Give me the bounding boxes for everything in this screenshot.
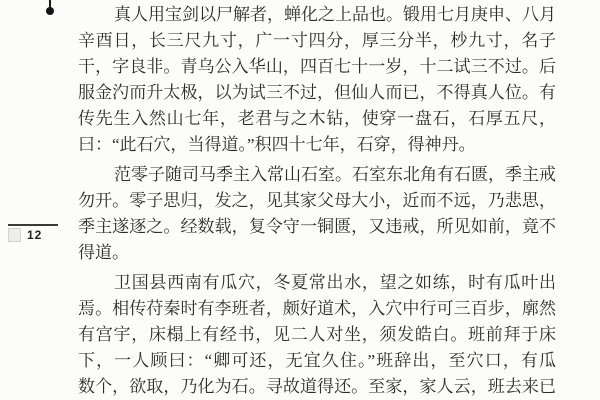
- text-line: 焉。相传苻秦时有李班者，颇好道术，入穴中行可三百步，廓然: [78, 296, 556, 322]
- text-line: 传先生入然山七年，老君与之木钻，使穿一盘石，石厚五尺，: [78, 106, 556, 132]
- folio-ghost-mark: [8, 228, 21, 242]
- page-number: 12: [27, 228, 42, 242]
- text-line: 有宫宇，床榻上有经书，见二人对坐，须发皓白。班前拜于床: [78, 322, 556, 348]
- text-line: 数个，欲取，乃化为石。寻故道得还。至家，家人云，班去来已: [78, 374, 556, 400]
- paragraph: 真人用宝剑以尸解者，蝉化之上品也。锻用七月庚申、八月辛酉日，长三尺九寸，广一寸四…: [78, 2, 556, 158]
- text-line: 真人用宝剑以尸解者，蝉化之上品也。锻用七月庚申、八月: [78, 2, 556, 28]
- text-line: 辛酉日，长三尺九寸，广一寸四分，厚三分半，杪九寸，名子: [78, 28, 556, 54]
- paragraph: 卫国县西南有瓜穴，冬夏常出水，望之如练，时有瓜叶出焉。相传苻秦时有李班者，颇好道…: [78, 270, 556, 400]
- text-line: 勿开。零子思归，发之，见其家父母大小，近而不远，乃悲思，: [78, 188, 556, 214]
- folio-block: 12: [8, 224, 58, 242]
- text-line: 得道。: [78, 240, 556, 266]
- text-line: 服金汋而升太极，以为试三不过，但仙人而已，不得真人位。有: [78, 80, 556, 106]
- text-block: 真人用宝剑以尸解者，蝉化之上品也。锻用七月庚申、八月辛酉日，长三尺九寸，广一寸四…: [78, 2, 556, 400]
- text-line: 曰：“此石穴，当得道。”积四十七年，石穿，得神丹。: [78, 132, 556, 158]
- text-line: 干，字良非。青乌公入华山，四百七十一岁，十二试三不过。后: [78, 54, 556, 80]
- text-line: 范零子随司马季主入常山石室。石室东北角有石匮，季主戒: [78, 162, 556, 188]
- text-line: 卫国县西南有瓜穴，冬夏常出水，望之如练，时有瓜叶出: [78, 270, 556, 296]
- paragraph: 范零子随司马季主入常山石室。石室东北角有石匮，季主戒勿开。零子思归，发之，见其家…: [78, 162, 556, 266]
- text-line: 季主遂逐之。经数载，复令守一铜匮，又违戒，所见如前，竟不: [78, 214, 556, 240]
- pin-icon: [45, 0, 55, 15]
- pin-head: [46, 7, 54, 15]
- text-line: 下，一人顾曰：“卿可还，无宜久住。”班辞出，至穴口，有瓜: [78, 348, 556, 374]
